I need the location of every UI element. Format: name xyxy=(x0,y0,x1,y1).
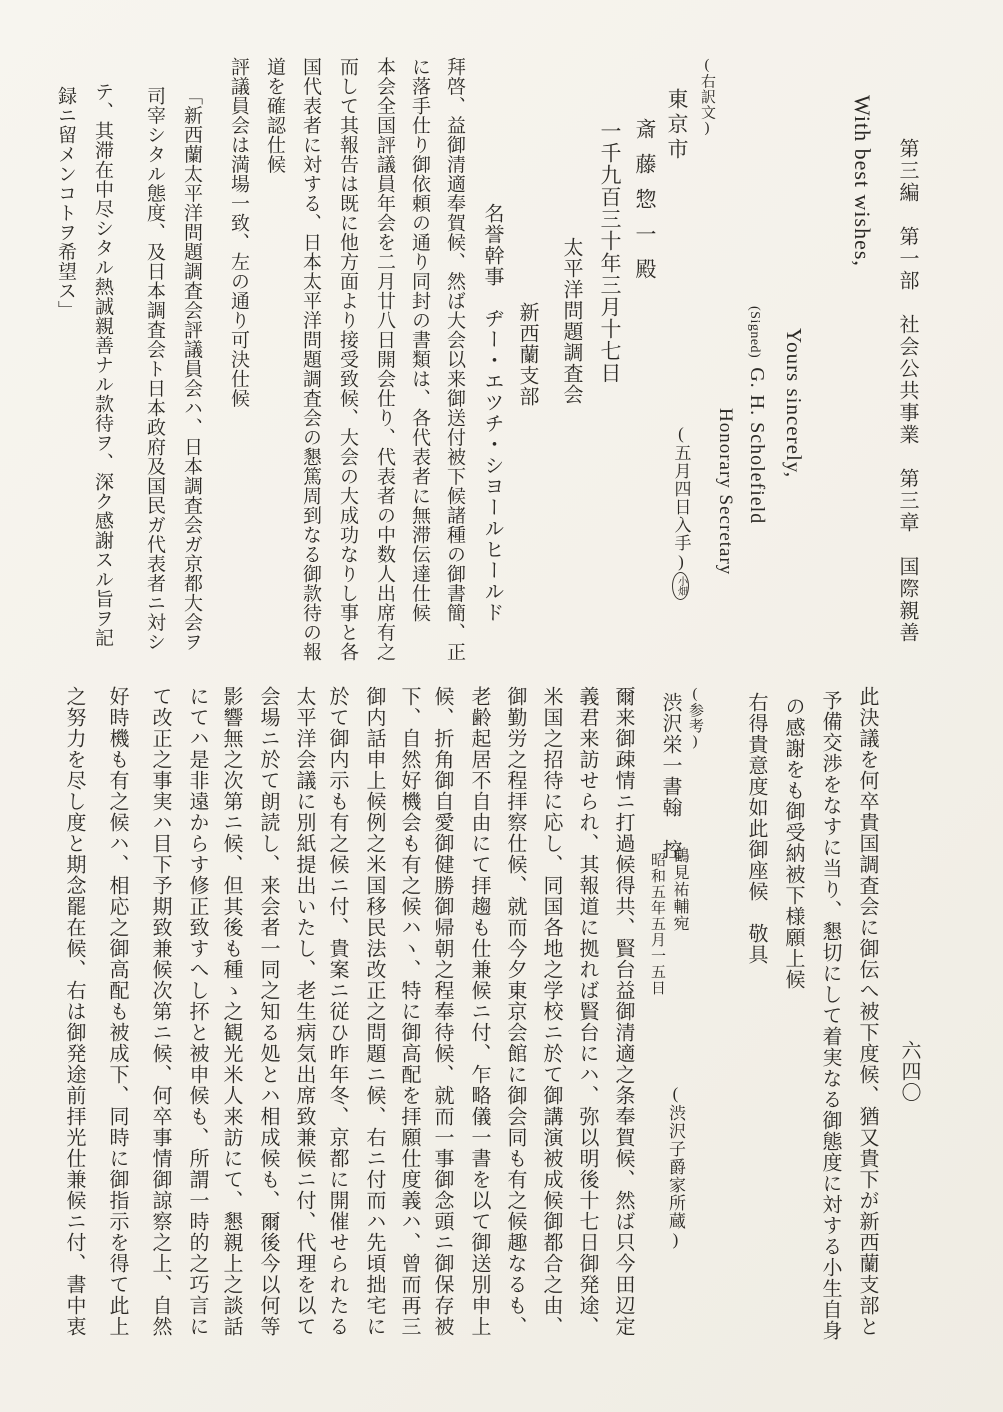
running-header: 第三編 第一部 社会公共事業 第三章 国際親善 xyxy=(897,138,917,644)
resolution-column: 録ニ留メンコトヲ希望ス」 xyxy=(56,86,75,320)
letter-body-column: 道を確認仕候 xyxy=(265,57,284,174)
reference-recipient: 鶴見祐輔宛 xyxy=(671,847,687,932)
english-honorary-secretary: Honorary Secretary xyxy=(716,408,735,575)
reference-source: (渋沢子爵家所蔵) xyxy=(667,1084,684,1250)
scanned-book-page: 第三編 第一部 社会公共事業 第三章 国際親善 六四〇 With best wi… xyxy=(0,0,1003,1412)
signature-name: G. H. Scholefield xyxy=(746,367,768,524)
reference-body-column: 影響無之次第ニ候、但其後も種ゝ之観光米人来訪にて、懇親上之談話 xyxy=(221,686,241,1337)
signed-label: (Signed) xyxy=(747,306,762,358)
page-number: 六四〇 xyxy=(899,1040,919,1103)
resolution-column: 司宰シタル態度、及日本調査会ト日本政府及国民ガ代表者ニ対シ xyxy=(145,86,164,652)
letter-closing-column: 此決議を何卒貴国調査会に御伝へ被下度候、猶又貴下が新西蘭支部と xyxy=(857,686,877,1337)
reference-body-column: 候、折角御自愛御健勝御帰朝之程奉待候、就而一事御念頭ニ御保存被 xyxy=(432,686,452,1337)
english-signature-line: (Signed) G. H. Scholefield xyxy=(747,306,767,524)
letter-body-column: に落手仕り御依頼の通り同封の書類は、各代表者に無滞伝達仕候 xyxy=(410,57,429,623)
reference-body-column: 御勤労之程拝察仕候、就而今夕東京会館に御会同も有之候趣なるも、 xyxy=(505,686,525,1337)
translation-label: (右訳文) xyxy=(699,57,714,137)
sender-org: 太平洋問題調査会 xyxy=(561,237,581,405)
reference-body-column: 之努力を尽し度と期念罷在候、右は御発途前拝光仕兼候ニ付、書中衷 xyxy=(64,686,84,1337)
reference-body-column: にてハ是非遠からす修正致すへし抔と被申候も、所謂一時的之巧言に xyxy=(187,686,207,1337)
resolution-column: 「新西蘭太平洋問題調査会評議員会ハ、日本調査会ガ京都大会ヲ xyxy=(182,86,201,652)
received-note: (五月四日入手) xyxy=(672,424,691,572)
resolution-column: テ、其滞在中尽シタル熱誠親善ナル款待ヲ、深ク感謝スル旨ヲ記 xyxy=(93,82,112,648)
reference-body-column: 好時機も有之候ハ、相応之御高配も被成下、同時に御指示を得て此上 xyxy=(107,686,127,1337)
addressee-city: 東京市 xyxy=(666,88,687,163)
reference-body-column: 於て御内示も有之候ニ付、貴案ニ従ひ昨年冬、京都に開催せられたる xyxy=(327,686,347,1337)
reference-label: (参考) xyxy=(687,686,702,750)
reference-body-column: 老齢起居不自由にて拝趨も仕兼候ニ付、乍略儀一書を以て御送別申上 xyxy=(469,686,489,1337)
reference-title: 渋沢栄一書翰 控 xyxy=(660,692,680,860)
sender-branch: 新西蘭支部 xyxy=(517,302,537,407)
letter-body-column: 本会全国評議員年会を二月廿八日開会仕り、代表者の中数人出席有之 xyxy=(375,57,394,662)
reference-body-column: 米国之招待に応し、同国各地之学校ニ於て御講演被成候御都合之由、 xyxy=(541,686,561,1337)
letter-date: 一千九百三十年三月十七日 xyxy=(599,120,620,384)
reference-body-column: 太平洋会議に別紙提出いたし、老生病気出席致兼候ニ付、代理を以て xyxy=(294,686,314,1337)
sender-title: 名誉幹事 ヂー・エツチ・シヨールヒールド xyxy=(482,203,502,623)
letter-closing-column: の感謝をも御受納被下様願上候 xyxy=(783,696,803,990)
reference-body-column: 爾来御疎情ニ打過候得共、賢台益御清適之条奉賀候、然ば只今田辺定 xyxy=(613,686,633,1337)
reference-body-column: 下、自然好機会も有之候ハヽ、特に御高配を拝願仕度義ハ、曾而再三 xyxy=(399,686,419,1337)
reference-body-column: 義君来訪せられ、其報道に拠れば賢台にハ、弥以明後十七日御発途、 xyxy=(577,686,597,1337)
letter-body-column: 拜啓、益御清適奉賀候、然ば大会以来御送付被下候諸種の御書簡、正 xyxy=(445,57,464,662)
receiver-stamp: 小畑 xyxy=(672,572,689,600)
english-yours-sincerely: Yours sincerely, xyxy=(783,328,804,478)
letter-body-column: 国代表者に対する、日本太平洋問題調査会の懇篤周到なる御款待の報 xyxy=(301,57,320,662)
reference-body-column: て改正之事実ハ目下予期致兼候次第ニ候、何卒事情御諒察之上、自然 xyxy=(150,686,170,1337)
letter-body-column: 而して其報告は既に他方面より接受致候、大会の大成功なりし事と各 xyxy=(338,57,357,662)
spacer xyxy=(747,358,764,367)
reference-date: 昭和五年五月一五日 xyxy=(649,852,664,996)
letter-closing-column: 右得貴意度如此御座候 敬具 xyxy=(746,692,766,965)
english-with-best-wishes: With best wishes, xyxy=(851,95,873,267)
addressee-name: 斎藤惣一殿 xyxy=(634,118,655,293)
letter-body-column: 評議員会は満場一致、左の通り可決仕候 xyxy=(229,57,248,408)
received-note-line: (五月四日入手)小畑 xyxy=(672,424,697,600)
reference-body-column: 御内話申上候例之米国移民法改正之問題ニ候、右ニ付而ハ先頃拙宅に xyxy=(364,686,384,1337)
reference-body-column: 会場ニ於て朗読し、来会者一同之知る処とハ相成候も、爾後今以何等 xyxy=(258,686,278,1337)
letter-closing-column: 予備交渉をなすに当り、懇切にして着実なる御態度に対する小生自身 xyxy=(820,690,840,1341)
